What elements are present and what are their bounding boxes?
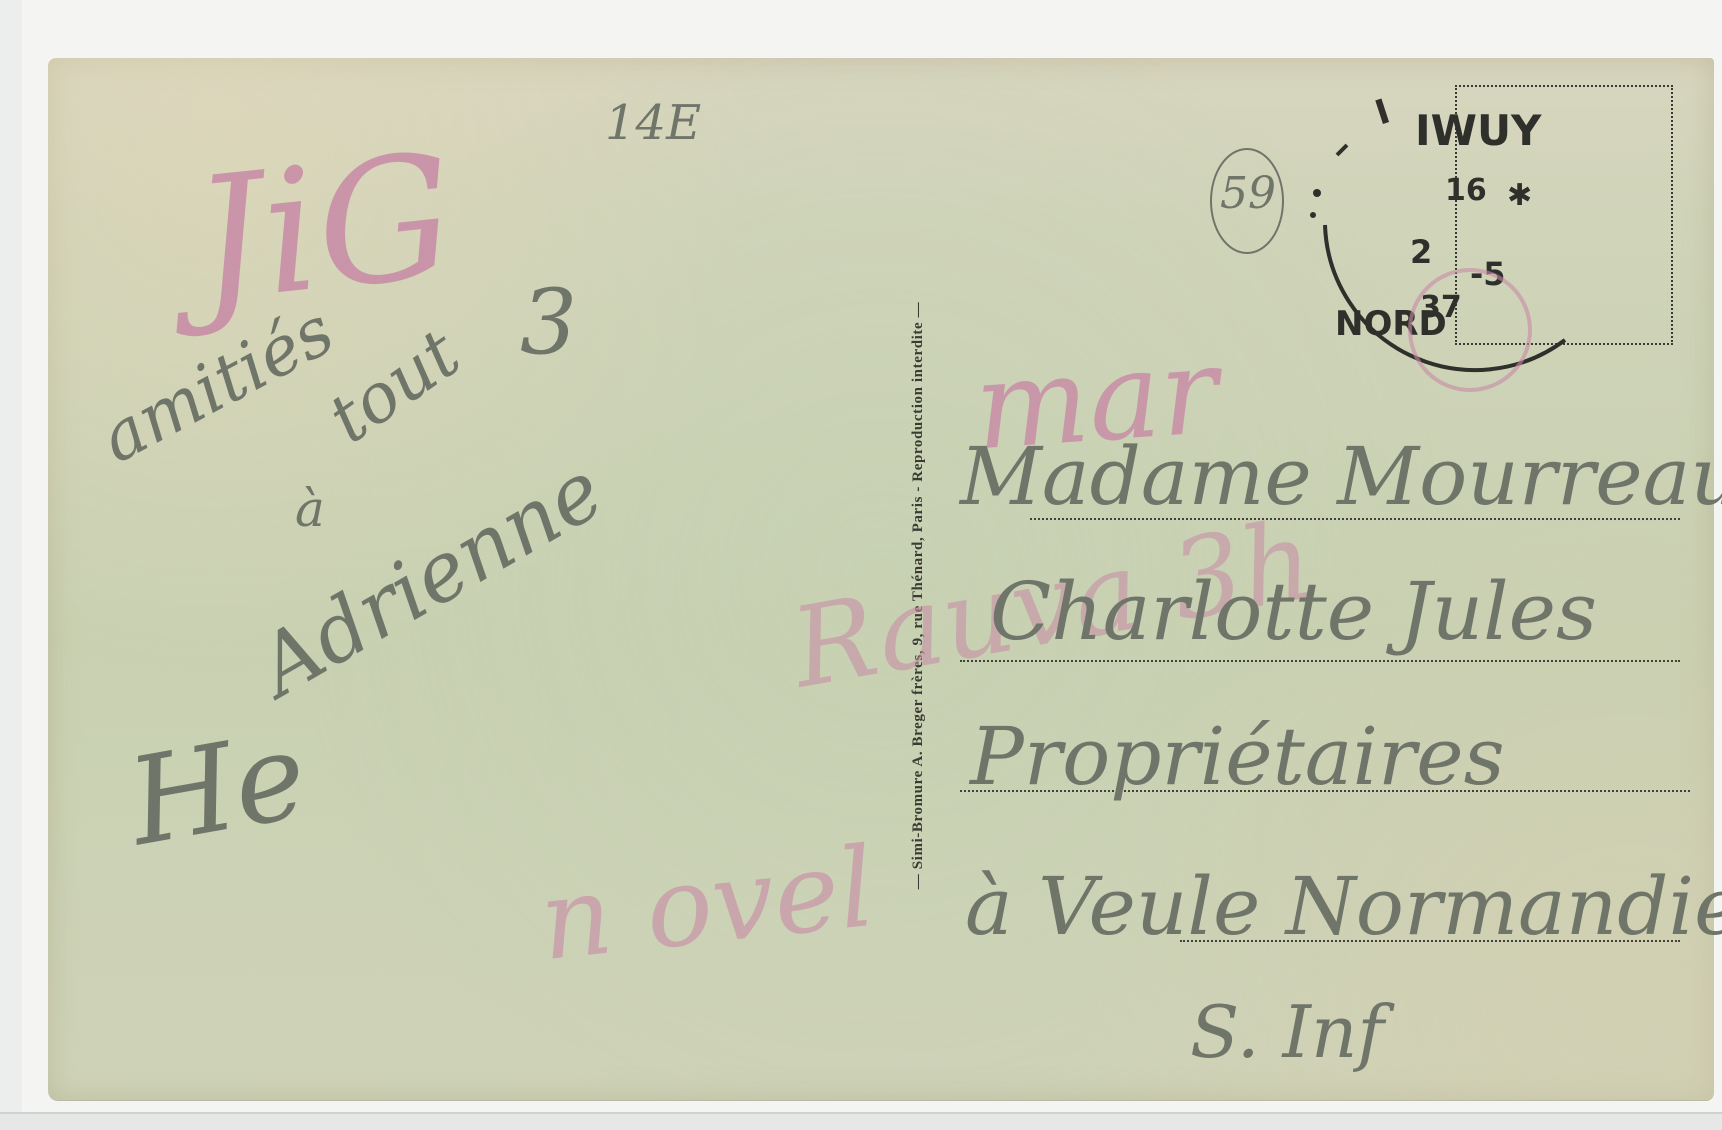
postmark-day: 2: [1410, 233, 1432, 271]
address-department: S. Inf: [1190, 990, 1384, 1074]
department-circle: 59: [1210, 148, 1284, 254]
pencil-number: 3: [520, 270, 577, 375]
address-town: à Veule Normandie: [965, 860, 1722, 953]
crayon-note-jig: JiG: [185, 117, 463, 341]
scanner-edge-bottom: [0, 1112, 1722, 1130]
address-name: Charlotte Jules: [990, 565, 1597, 658]
pencil-greeting-a: à: [295, 480, 325, 538]
pencil-reference-number: 14E: [605, 95, 701, 151]
address-occupation: Propriétaires: [970, 710, 1505, 803]
svg-text:I: I: [1370, 92, 1394, 134]
postmark-region: NORD: [1335, 304, 1447, 344]
postmark-time: 16: [1445, 173, 1487, 208]
postmark-town: IWUY: [1415, 106, 1542, 155]
postmark-star: ✱: [1507, 178, 1532, 213]
address-recipient: Madame Mourreau: [960, 430, 1722, 523]
department-number: 59: [1220, 168, 1276, 219]
postmark-icon: I IWUY 16 ✱ 2 -5 37 NORD: [1275, 85, 1595, 415]
scanner-edge-left: [0, 0, 22, 1130]
